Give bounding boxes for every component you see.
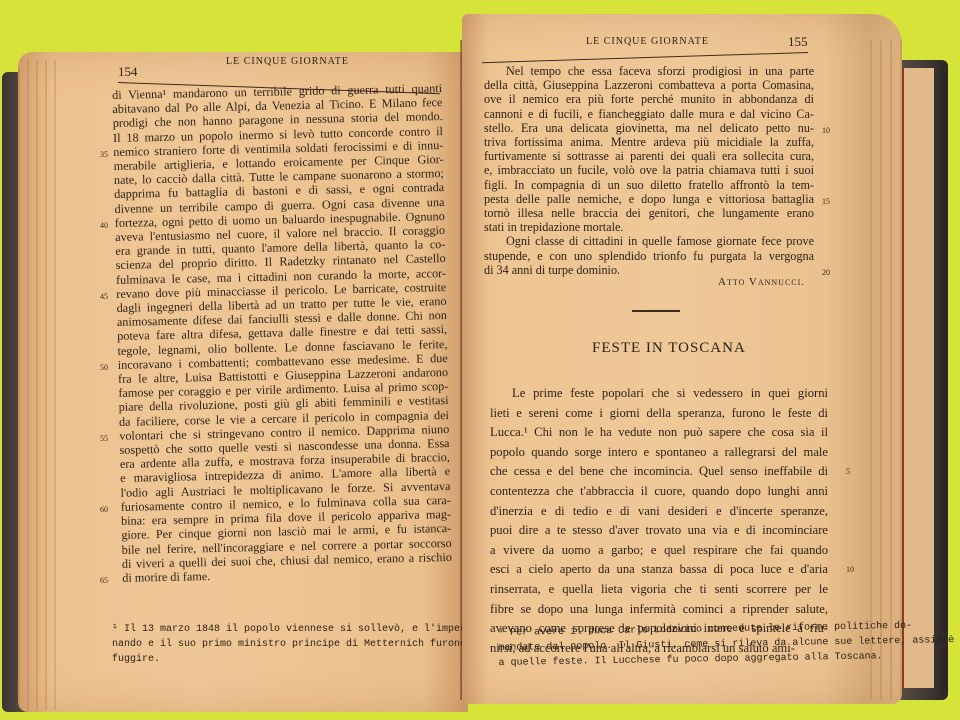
line-number: 5 [846,467,850,476]
text-line: fuggire. [112,652,442,667]
text-line: puoi dire a te stesso d'aver trovato una… [490,521,828,541]
text-line: di 34 anni di turpe dominio. [484,263,814,277]
text-line: Lucca.¹ Chi non le ha vedute non può sap… [490,423,828,443]
text-line: popolo quando sorge intero e spontaneo a… [490,443,828,463]
line-number: 10 [846,565,854,574]
left-footnote: ¹ Il 13 marzo 1848 il popolo viennese si… [112,622,442,667]
text-line: Ogni classe di cittadini in quelle famos… [484,234,814,248]
right-running-head: LE CINQUE GIORNATE [586,36,709,47]
text-line: stello. Era una delicata giovinetta, ma … [484,121,814,135]
text-line: ¹ Il 13 marzo 1848 il popolo viennese si… [112,622,442,637]
text-line: nando e il suo primo ministro principe d… [112,637,442,652]
line-number: 55 [100,434,108,443]
text-line: della città, Giuseppina Lazzeroni combat… [484,78,814,92]
text-line: Le prime feste popolari che si vedessero… [490,384,828,404]
text-line: Nel tempo che essa faceva sforzi prodigi… [484,64,814,78]
section-divider [632,310,680,312]
left-page-number: 154 [118,64,138,80]
text-line: cannoni e di fucili, e fiancheggiato dal… [484,107,814,121]
text-line: triva fortissima anima. Mentre ardeva pi… [484,135,814,149]
line-number: 20 [822,268,830,277]
text-line: stati in trepidazione mortale. [484,220,814,234]
text-line: fibre se dopo una lunga infermità cominc… [490,600,828,620]
left-page-edges [18,60,58,710]
line-number: 45 [100,292,108,301]
text-line: stupende, e con uno splendido trionfo fu… [484,249,814,263]
line-number: 65 [100,576,108,585]
text-line: e, imbracciato un fucile, volò ove la pa… [484,163,814,177]
text-line: che cessa e del bene che incomincia. Que… [490,462,828,482]
text-line: contentezza che t'abbraccia il cuore, qu… [490,482,828,502]
section-title: FESTE IN TOSCANA [592,340,746,357]
left-body-text: di Vienna¹ mandarono un terribile grido … [112,81,452,585]
text-line: furtivamente si sottrasse ai parenti dei… [484,149,814,163]
line-number: 40 [100,221,108,230]
text-line: lieti e sereni come i giorni della spera… [490,404,828,424]
text-line: d'inerzia e di tedio e di vani desideri … [490,502,828,522]
left-running-head: LE CINQUE GIORNATE [226,56,349,67]
line-number: 60 [100,505,108,514]
book-endpaper-right [902,68,934,688]
text-line: rinserrata, e quella lieta vigoria che t… [490,580,828,600]
right-page-number: 155 [788,34,808,50]
line-number: 50 [100,363,108,372]
line-number: 35 [100,150,108,159]
right-body-text: Nel tempo che essa faceva sforzi prodigi… [484,64,814,277]
line-number: 10 [822,126,830,135]
line-number: 15 [822,197,830,206]
text-line: pesta delle palle nemiche, e dopo lunga … [484,192,814,206]
text-line: tornò illesa nelle braccia dei genitori,… [484,206,814,220]
right-page-edges [862,40,902,700]
text-line: esci a cielo aperto da una stanza bassa … [490,560,828,580]
author-signature: Atto Vannucci. [718,276,805,288]
text-line: a vivere da uomo a garbo; e quel respira… [490,541,828,561]
text-line: figli. In compagnia di un suo diletto fr… [484,178,814,192]
text-line: ove il nemico era più forte perché munit… [484,92,814,106]
section-body-text: Le prime feste popolari che si vedessero… [490,384,828,658]
right-footnote: ¹ Per avere il duca Carlo Lodovico conce… [498,620,829,671]
